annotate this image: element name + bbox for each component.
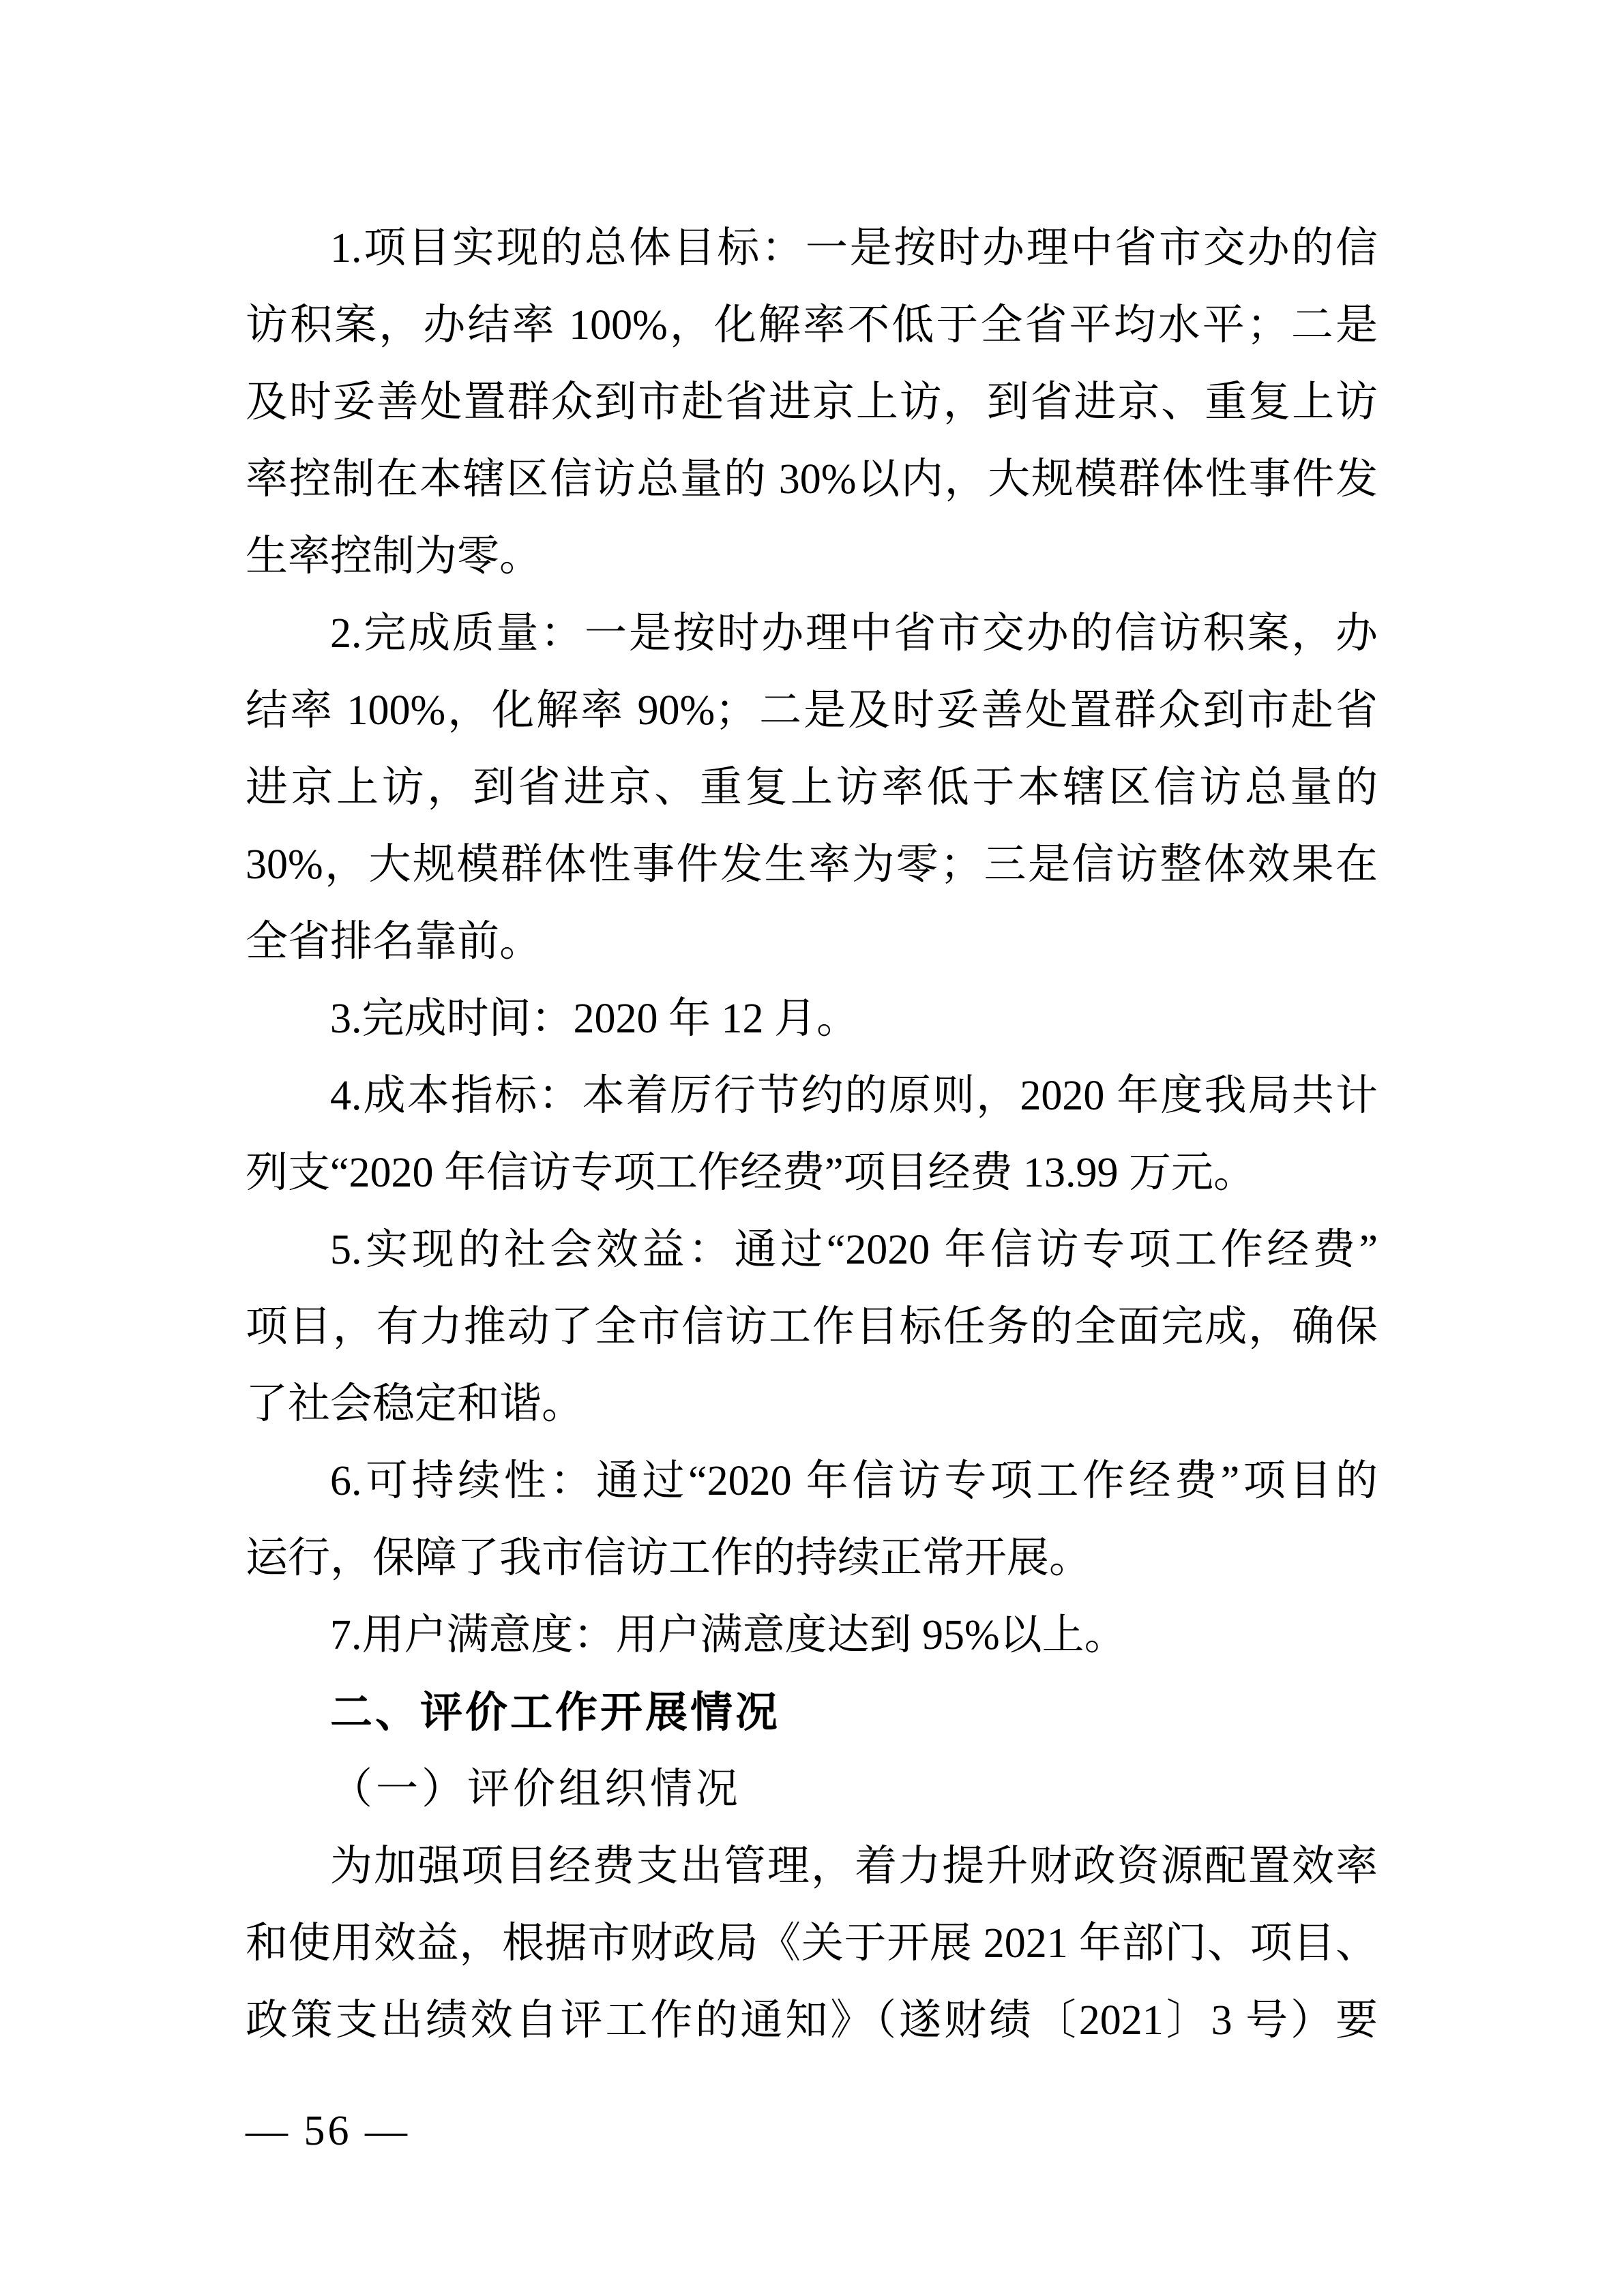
text-line: 3.完成时间：2020 年 12 月。 (246, 981, 1378, 1058)
text-line: 运行，保障了我市信访工作的持续正常开展。 (246, 1520, 1378, 1597)
text-line: 5.实现的社会效益：通过“2020 年信访专项工作经费” (246, 1212, 1378, 1289)
page-number: — 56 — (246, 2108, 410, 2154)
text-line: 4.成本指标：本着厉行节约的原则，2020 年度我局共计 (246, 1058, 1378, 1135)
paragraph-h2: （一）评价组织情况 (246, 1751, 1378, 1828)
text-line: 生率控制为零。 (246, 518, 1378, 595)
paragraph-p7: 7.用户满意度：用户满意度达到 95%以上。 (246, 1597, 1378, 1674)
text-line: 结率 100%，化解率 90%；二是及时妥善处置群众到市赴省 (246, 672, 1378, 749)
document-page: 1.项目实现的总体目标：一是按时办理中省市交办的信访积案，办结率 100%，化解… (0, 0, 1624, 2296)
text-line: （一）评价组织情况 (246, 1751, 1378, 1828)
paragraph-p8: 为加强项目经费支出管理，着力提升财政资源配置效率和使用效益，根据市财政局《关于开… (246, 1828, 1378, 2059)
paragraph-p3: 3.完成时间：2020 年 12 月。 (246, 981, 1378, 1058)
text-line: 30%，大规模群体性事件发生率为零；三是信访整体效果在 (246, 826, 1378, 904)
paragraph-p2: 2.完成质量：一是按时办理中省市交办的信访积案，办结率 100%，化解率 90%… (246, 595, 1378, 981)
paragraph-p1: 1.项目实现的总体目标：一是按时办理中省市交办的信访积案，办结率 100%，化解… (246, 210, 1378, 595)
text-line: 政策支出绩效自评工作的通知》（遂财绩〔2021〕3 号）要 (246, 1982, 1378, 2059)
text-line: 1.项目实现的总体目标：一是按时办理中省市交办的信 (246, 210, 1378, 287)
paragraph-p6: 6.可持续性：通过“2020 年信访专项工作经费”项目的运行，保障了我市信访工作… (246, 1443, 1378, 1597)
text-line: 了社会稳定和谐。 (246, 1366, 1378, 1443)
document-body: 1.项目实现的总体目标：一是按时办理中省市交办的信访积案，办结率 100%，化解… (246, 210, 1378, 2059)
text-line: 和使用效益，根据市财政局《关于开展 2021 年部门、项目、 (246, 1905, 1378, 1982)
text-line: 率控制在本辖区信访总量的 30%以内，大规模群体性事件发 (246, 441, 1378, 518)
page-footer: — 56 — (246, 2100, 410, 2162)
text-line: 2.完成质量：一是按时办理中省市交办的信访积案，办 (246, 595, 1378, 672)
text-line: 进京上访，到省进京、重复上访率低于本辖区信访总量的 (246, 749, 1378, 826)
paragraph-p5: 5.实现的社会效益：通过“2020 年信访专项工作经费”项目，有力推动了全市信访… (246, 1212, 1378, 1443)
text-line: 访积案，办结率 100%，化解率不低于全省平均水平；二是 (246, 287, 1378, 364)
text-line: 6.可持续性：通过“2020 年信访专项工作经费”项目的 (246, 1443, 1378, 1520)
text-line: 7.用户满意度：用户满意度达到 95%以上。 (246, 1597, 1378, 1674)
text-line: 项目，有力推动了全市信访工作目标任务的全面完成，确保 (246, 1289, 1378, 1366)
text-line: 为加强项目经费支出管理，着力提升财政资源配置效率 (246, 1828, 1378, 1905)
text-line: 及时妥善处置群众到市赴省进京上访，到省进京、重复上访 (246, 364, 1378, 441)
text-line: 列支“2020 年信访专项工作经费”项目经费 13.99 万元。 (246, 1135, 1378, 1212)
paragraph-p4: 4.成本指标：本着厉行节约的原则，2020 年度我局共计列支“2020 年信访专… (246, 1058, 1378, 1212)
paragraph-h1: 二、评价工作开展情况 (246, 1674, 1378, 1751)
text-line: 全省排名靠前。 (246, 904, 1378, 981)
text-line: 二、评价工作开展情况 (246, 1674, 1378, 1751)
